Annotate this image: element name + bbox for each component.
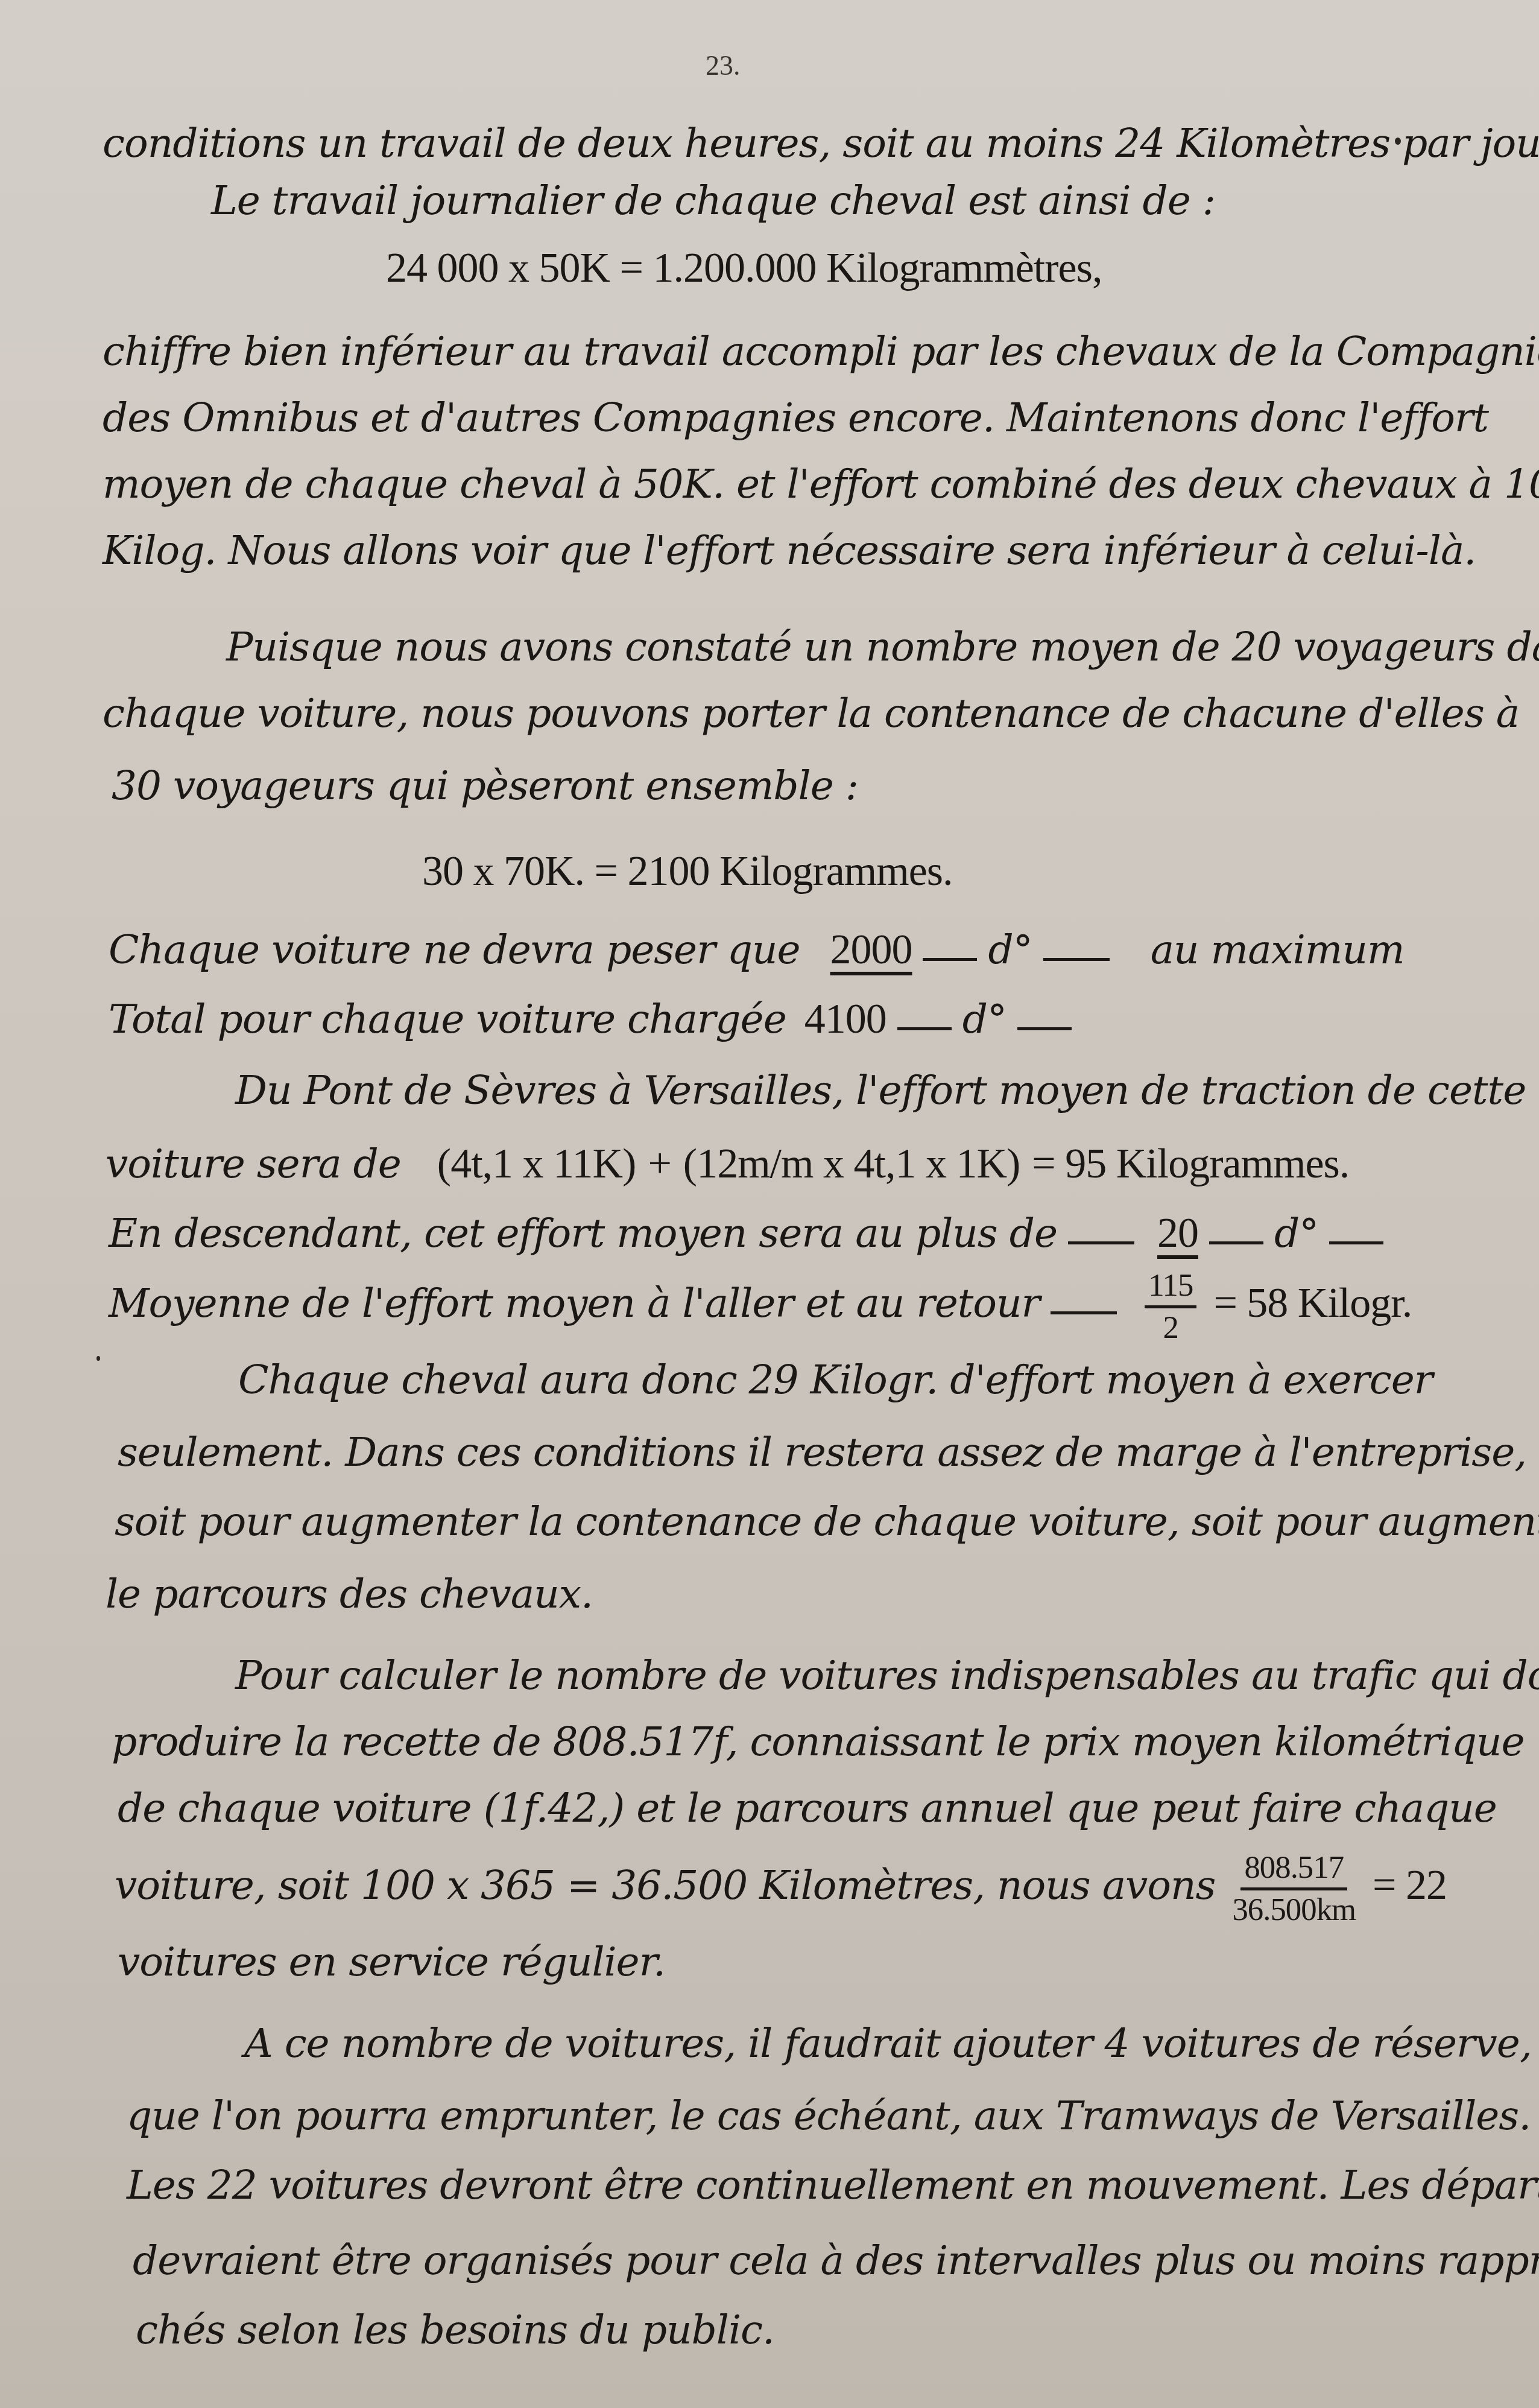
voiture-weight-label: Chaque voiture ne devra peser que xyxy=(109,927,800,973)
text-line-traction-intro: Du Pont de Sèvres à Versailles, l'effort… xyxy=(235,1071,1526,1111)
text-line-5: des Omnibus et d'autres Compagnies encor… xyxy=(103,398,1488,438)
voiture-weight-value: 2000 xyxy=(830,927,912,973)
text-line-horse-effort: Chaque cheval aura donc 29 Kilogr. d'eff… xyxy=(238,1360,1432,1400)
text-line-2: Le travail journalier de chaque cheval e… xyxy=(211,181,1215,221)
max-label: au maximum xyxy=(1151,927,1405,973)
text-line-public: chés selon les besoins du public. xyxy=(136,2310,774,2350)
text-line-price: de chaque voiture (1f.42,) et le parcour… xyxy=(118,1789,1497,1828)
average-result: = 58 Kilogr. xyxy=(1213,1280,1412,1326)
text-line-reserve: A ce nombre de voitures, il faudrait ajo… xyxy=(244,2024,1532,2064)
descent-row: En descendant, cet effort moyen sera au … xyxy=(109,1212,1394,1255)
voiture-weight-row: Chaque voiture ne devra peser que 2000d°… xyxy=(109,929,1405,971)
page-number: 23. xyxy=(706,49,741,81)
cars-fraction: 808.517 36.500km xyxy=(1232,1852,1356,1926)
total-weight-label: Total pour chaque voiture chargée xyxy=(109,996,786,1042)
text-line-service: voitures en service régulier. xyxy=(118,1942,665,1982)
text-line-8: Puisque nous avons constaté un nombre mo… xyxy=(226,627,1539,667)
average-row: Moyenne de l'effort moyen à l'aller et a… xyxy=(109,1270,1412,1344)
cars-formula-row: voiture, soit 100 x 365 = 36.500 Kilomèt… xyxy=(115,1852,1447,1926)
text-line-6: moyen de chaque cheval à 50K. et l'effor… xyxy=(103,464,1539,504)
total-weight-value: 4100 xyxy=(804,996,886,1042)
text-line-7: Kilog. Nous allons voir que l'effort néc… xyxy=(103,531,1476,571)
traction-label: voiture sera de xyxy=(106,1141,401,1187)
text-line-augment: soit pour augmenter la contenance de cha… xyxy=(115,1502,1539,1542)
ink-spot xyxy=(1395,138,1401,145)
text-line-9: chaque voiture, nous pouvons porter la c… xyxy=(103,694,1519,733)
traction-result: = 95 Kilogrammes. xyxy=(1032,1141,1349,1187)
ditto-mark: d° xyxy=(1274,1210,1318,1256)
text-line-tramways: que l'on pourra emprunter, le cas échéan… xyxy=(127,2096,1531,2136)
ink-spot xyxy=(96,1356,100,1361)
text-line-revenue: produire la recette de 808.517f, connais… xyxy=(112,1722,1525,1762)
traction-formula-row: voiture sera de (4t,1 x 11K) + (12m/m x … xyxy=(106,1143,1349,1185)
descent-label: En descendant, cet effort moyen sera au … xyxy=(109,1210,1057,1256)
average-label: Moyenne de l'effort moyen à l'aller et a… xyxy=(109,1280,1040,1326)
plus-sign: + xyxy=(648,1141,671,1187)
descent-value: 20 xyxy=(1157,1210,1198,1256)
text-line-horses: le parcours des chevaux. xyxy=(106,1574,593,1614)
text-line-margin: seulement. Dans ces conditions il rester… xyxy=(118,1433,1526,1472)
total-weight-row: Total pour chaque voiture chargée 4100d° xyxy=(109,998,1082,1041)
traction-expr-a: (4t,1 x 11K) xyxy=(437,1141,636,1187)
ditto-mark: d° xyxy=(962,996,1007,1042)
ditto-mark: d° xyxy=(988,927,1032,973)
text-line-departures: devraient être organisés pour cela à des… xyxy=(133,2241,1539,2281)
formula-passenger-weight: 30 x 70K. = 2100 Kilogrammes. xyxy=(422,851,953,893)
cars-result: = 22 xyxy=(1373,1862,1447,1909)
text-line-4: chiffre bien inférieur au travail accomp… xyxy=(103,332,1539,372)
cars-label: voiture, soit 100 x 365 = 36.500 Kilomèt… xyxy=(115,1862,1215,1909)
text-line-movement: Les 22 voitures devront être continuelle… xyxy=(127,2166,1539,2205)
traction-expr-b: (12m/m x 4t,1 x 1K) xyxy=(683,1141,1020,1187)
text-line-1: conditions un travail de deux heures, so… xyxy=(103,124,1539,163)
text-line-calc-intro: Pour calculer le nombre de voitures indi… xyxy=(235,1656,1539,1696)
formula-daily-work: 24 000 x 50K = 1.200.000 Kilogrammètres, xyxy=(386,247,1102,290)
average-fraction: 115 2 xyxy=(1145,1270,1196,1344)
manuscript-page: 23. conditions un travail de deux heures… xyxy=(0,0,1539,2408)
text-line-10: 30 voyageurs qui pèseront ensemble : xyxy=(112,766,858,806)
